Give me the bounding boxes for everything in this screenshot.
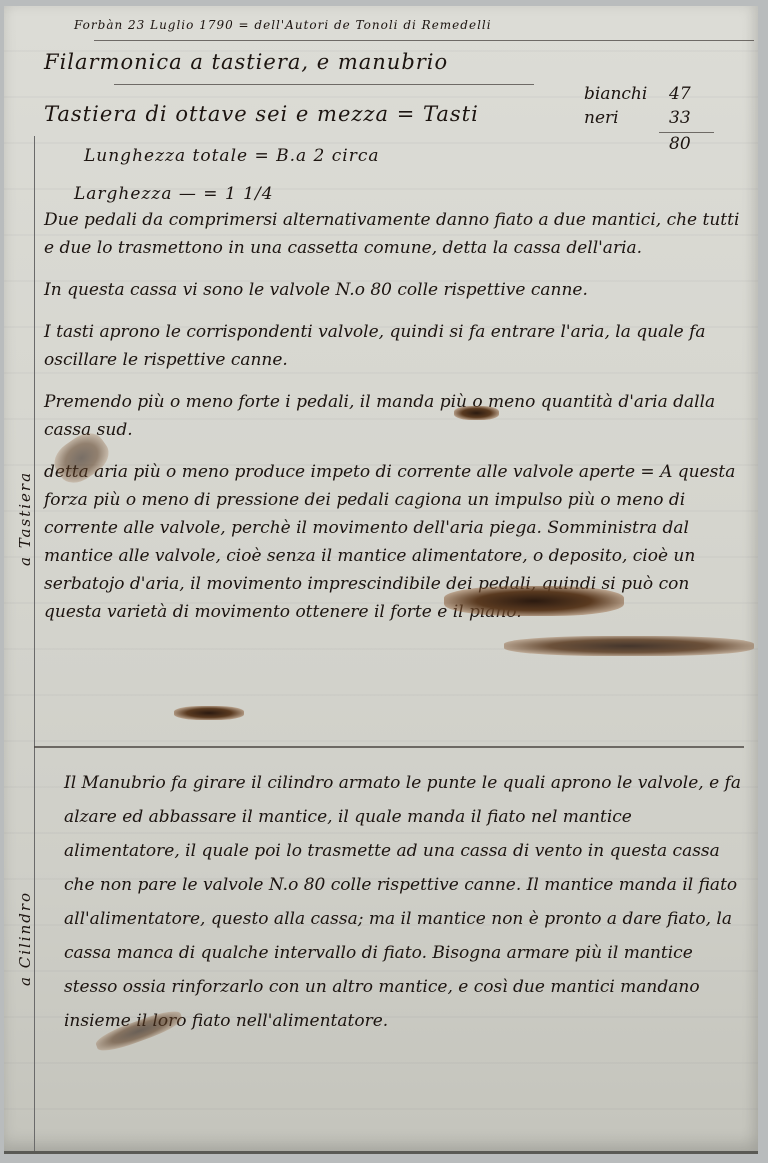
manuscript-page: Forbàn 23 Luglio 1790 = dell'Autori de T… <box>4 6 758 1154</box>
margin-rule-lower <box>34 756 35 1151</box>
tally-total-value: 80 <box>669 134 691 154</box>
paragraph-valves: In questa cassa vi sono le valvole N.o 8… <box>44 276 744 304</box>
margin-note-keyboard: a Tastiera <box>16 471 34 566</box>
body-text-lower: Il Manubrio fa girare il cilindro armato… <box>64 766 744 1038</box>
title-underline <box>114 84 534 85</box>
ink-strike <box>454 406 499 420</box>
paragraph-keys: I tasti aprono le corrispondenti valvole… <box>44 318 744 374</box>
body-text-upper: Due pedali da comprimersi alternativamen… <box>44 206 744 626</box>
ink-blot-strike <box>504 636 754 656</box>
dateline-underline <box>94 40 754 41</box>
tally-black-value: 33 <box>669 108 691 128</box>
keyboard-line: Tastiera di ottave sei e mezza = Tasti <box>44 102 479 126</box>
tally-white-value: 47 <box>669 84 691 104</box>
margin-note-cylinder: a Cilindro <box>16 891 34 986</box>
length-line: Lunghezza totale = B.a 2 circa <box>84 146 380 166</box>
ink-blot-strike <box>444 586 624 616</box>
paragraph-pressure: Premendo più o meno forte i pedali, il m… <box>44 388 744 444</box>
tally-sum-rule <box>659 132 714 133</box>
document-title: Filarmonica a tastiera, e manubrio <box>44 50 448 74</box>
tally-white-label: bianchi <box>584 84 647 104</box>
ink-blot <box>174 706 244 720</box>
width-line: Larghezza — = 1 1/4 <box>74 184 274 204</box>
tally-black-label: neri <box>584 108 619 128</box>
paragraph-air-flow: detta aria più o meno produce impeto di … <box>44 458 744 626</box>
margin-rule-upper <box>34 136 35 756</box>
paragraph-pedals: Due pedali da comprimersi alternativamen… <box>44 206 744 262</box>
paragraph-crank: Il Manubrio fa girare il cilindro armato… <box>64 766 744 1038</box>
dateline: Forbàn 23 Luglio 1790 = dell'Autori de T… <box>74 18 492 32</box>
section-divider <box>34 746 744 748</box>
